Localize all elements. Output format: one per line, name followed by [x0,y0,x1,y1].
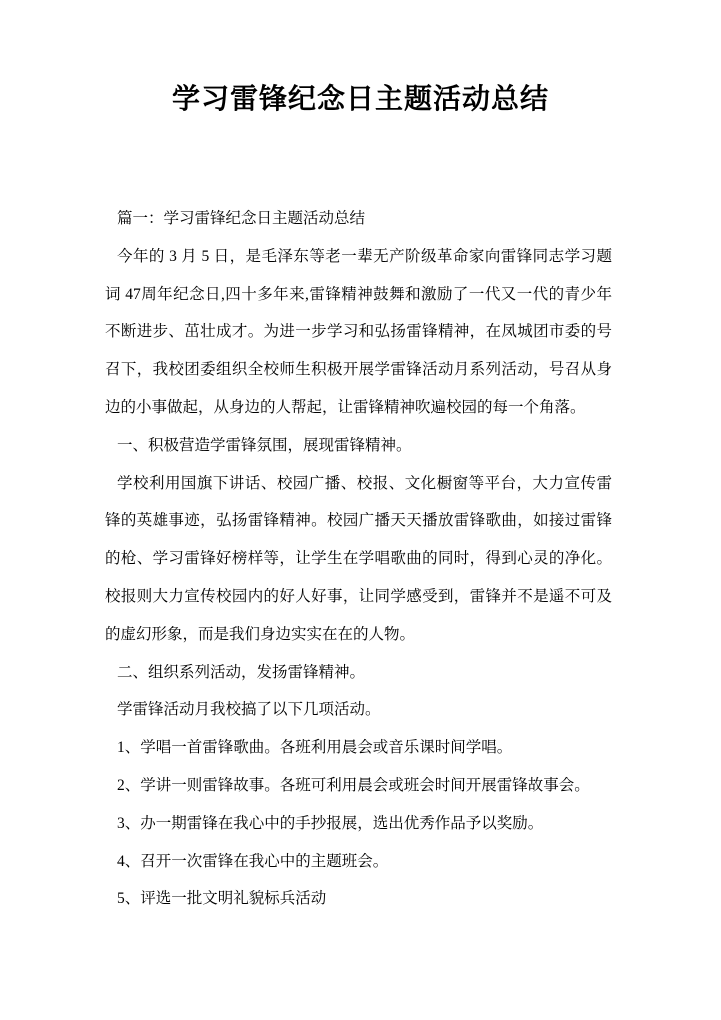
paragraph-section-two-intro: 学雷锋活动月我校搞了以下几项活动。 [105,691,612,729]
list-item-4: 4、召开一次雷锋在我心中的主题班会。 [105,843,612,881]
document-title: 学习雷锋纪念日主题活动总结 [0,82,721,118]
paragraph-section-one-body: 学校利用国旗下讲话、校园广播、校报、文化橱窗等平台，大力宣传雷锋的英雄事迹，弘扬… [105,465,612,654]
list-item-5: 5、评选一批文明礼貌标兵活动 [105,880,612,918]
list-item-3: 3、办一期雷锋在我心中的手抄报展，选出优秀作品予以奖励。 [105,805,612,843]
heading-section-one: 一、积极营造学雷锋氛围，展现雷锋精神。 [105,427,612,465]
list-item-1: 1、学唱一首雷锋歌曲。各班利用晨会或音乐课时间学唱。 [105,729,612,767]
list-item-2: 2、学讲一则雷锋故事。各班可利用晨会或班会时间开展雷锋故事会。 [105,767,612,805]
heading-section-two: 二、组织系列活动，发扬雷锋精神。 [105,654,612,692]
document-page: 学习雷锋纪念日主题活动总结 篇一：学习雷锋纪念日主题活动总结 今年的 3 月 5… [0,0,721,1020]
paragraph-intro: 今年的 3 月 5 日，是毛泽东等老一辈无产阶级革命家向雷锋同志学习题词 47周… [105,238,612,427]
document-body: 篇一：学习雷锋纪念日主题活动总结 今年的 3 月 5 日，是毛泽东等老一辈无产阶… [105,200,612,918]
paragraph-part-one-label: 篇一：学习雷锋纪念日主题活动总结 [105,200,612,238]
